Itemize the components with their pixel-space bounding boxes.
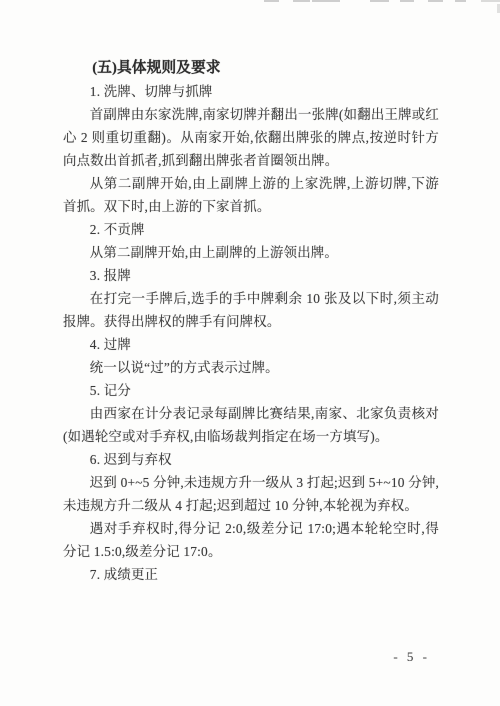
- section-subheading: 3. 报牌: [63, 264, 439, 287]
- body-paragraph: 由西家在计分表记录每副牌比赛结果,南家、北家负责核对(如遇轮空或对手弃权,由临场…: [63, 402, 439, 448]
- scan-artifact-mark: [400, 0, 414, 2]
- scan-artifact-mark: [428, 0, 443, 2]
- section-heading: (五)具体规则及要求: [63, 57, 439, 80]
- body-paragraph: 从第二副牌开始,由上副牌的上游领出牌。: [63, 241, 439, 264]
- body-paragraph: 首副牌由东家洗牌,南家切牌并翻出一张牌(如翻出王牌或红心 2 则重切重翻)。从南…: [63, 103, 439, 172]
- body-paragraph: 遇对手弃权时,得分记 2:0,级差分记 17:0;遇本轮轮空时,得分记 1.5:…: [63, 517, 439, 563]
- body-paragraph: 统一以说“过”的方式表示过牌。: [63, 356, 439, 379]
- body-paragraph: 从第二副牌开始,由上副牌上游的上家洗牌,上游切牌,下游首抓。双下时,由上游的下家…: [63, 172, 439, 218]
- section-subheading: 4. 过牌: [63, 333, 439, 356]
- scanned-document-page: (五)具体规则及要求 1. 洗牌、切牌与抓牌首副牌由东家洗牌,南家切牌并翻出一张…: [0, 0, 500, 706]
- section-subheading: 2. 不贡牌: [63, 218, 439, 241]
- body-paragraph: 在打完一手牌后,选手的手中牌剩余 10 张及以下时,须主动报牌。获得出牌权的牌手…: [63, 287, 439, 333]
- scan-artifact-mark: [370, 0, 389, 2]
- body-paragraph: 迟到 0+~5 分钟,未违规方升一级从 3 打起;迟到 5+~10 分钟,未违规…: [63, 471, 439, 517]
- scan-artifact-mark: [481, 0, 500, 2]
- scan-artifact-mark: [264, 0, 279, 2]
- scan-artifact-mark: [312, 0, 340, 2]
- section-subheading: 5. 记分: [63, 379, 439, 402]
- scan-artifact-mark: [455, 0, 466, 2]
- section-subheading: 6. 迟到与弃权: [63, 448, 439, 471]
- section-subheading: 1. 洗牌、切牌与抓牌: [63, 80, 439, 103]
- section-subheading: 7. 成绩更正: [63, 563, 439, 586]
- document-body: (五)具体规则及要求 1. 洗牌、切牌与抓牌首副牌由东家洗牌,南家切牌并翻出一张…: [63, 57, 439, 586]
- scan-artifact-mark: [293, 0, 310, 2]
- page-number: - 5 -: [393, 649, 430, 665]
